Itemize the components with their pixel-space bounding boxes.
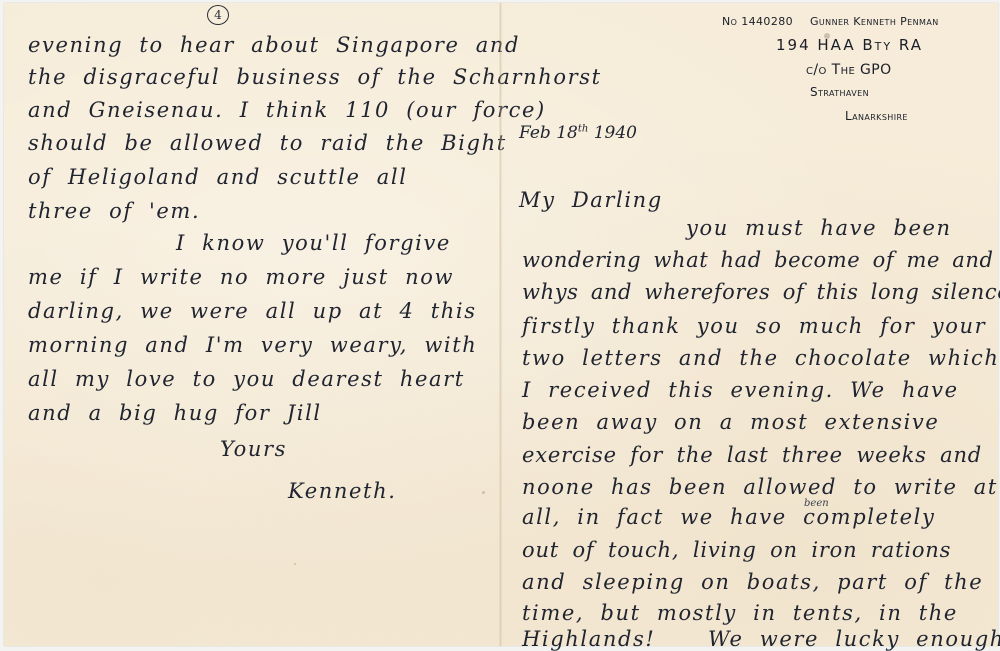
text-line: exercise for the last three weeks and [522, 443, 982, 467]
closing: Yours [220, 437, 287, 461]
date-month-day: Feb 18 [519, 123, 578, 143]
left-page: 4 evening to hear about Singapore and th… [4, 3, 501, 646]
text-line: I know you'll forgive [176, 231, 451, 255]
text-line: Highlands! [522, 627, 655, 651]
text-line: of Heligoland and scuttle all [28, 165, 408, 189]
text-line: all my love to you dearest heart [28, 367, 465, 391]
letter-sheet: 4 evening to hear about Singapore and th… [4, 3, 998, 646]
text-line: all, in fact we have completely [522, 505, 935, 529]
text-line: I received this evening. We have [522, 378, 959, 402]
text-line: morning and I'm very weary, with [28, 333, 477, 357]
ink-smudge [824, 33, 830, 39]
text-line: wondering what had become of me and the [522, 248, 1000, 272]
right-page: No 1440280 Gunner Kenneth Penman 194 HAA… [501, 3, 998, 646]
service-number: No 1440280 [722, 15, 793, 28]
sender-name: Gunner Kenneth Penman [810, 15, 939, 28]
text-line: out of touch, living on iron rations [522, 538, 951, 562]
text-line: and Gneisenau. I think 110 (our force) [28, 98, 546, 122]
signature: Kenneth. [288, 479, 396, 503]
text-line: firstly thank you so much for your [522, 314, 986, 338]
text-line: three of 'em. [28, 199, 200, 223]
text-line: two letters and the chocolate which [522, 346, 1000, 370]
date-year: 1940 [594, 123, 637, 143]
text-line: whys and wherefores of this long silence… [522, 280, 1000, 304]
text-line: should be allowed to raid the Bight [28, 131, 507, 155]
paper-spot [294, 563, 296, 565]
text-line: noone has been allowed to write at [522, 475, 998, 499]
text-line: you must have been [686, 216, 952, 240]
address-county: Lanarkshire [845, 109, 908, 123]
date-suffix: th [578, 123, 588, 134]
text-line: me if I write no more just now [28, 265, 454, 289]
page-number: 4 [207, 5, 229, 25]
letter-date: Feb 18th 1940 [519, 123, 637, 143]
text-line: We were lucky enough [708, 627, 1000, 651]
text-line: and sleeping on boats, part of the [522, 570, 983, 594]
text-line: been away on a most extensive [522, 410, 939, 434]
salutation: My Darling [519, 188, 663, 212]
sender-unit: 194 HAA Bty RA [776, 36, 923, 54]
text-line: evening to hear about Singapore and [28, 33, 520, 57]
text-line: and a big hug for Jill [28, 401, 322, 425]
paper-spot [482, 491, 485, 494]
address-care-of: c/o The GPO [806, 62, 892, 78]
text-line: time, but mostly in tents, in the [522, 601, 958, 625]
address-town: Strathaven [810, 85, 869, 99]
text-line: darling, we were all up at 4 this [28, 299, 477, 323]
